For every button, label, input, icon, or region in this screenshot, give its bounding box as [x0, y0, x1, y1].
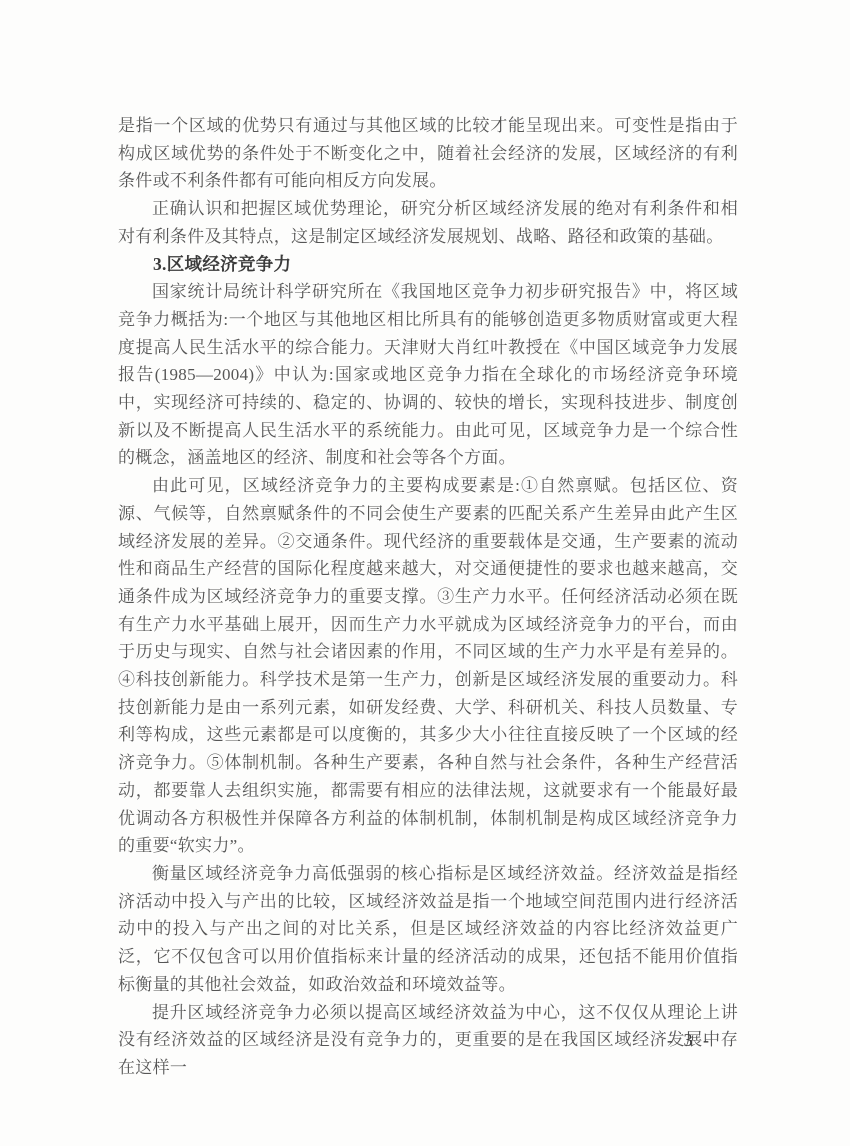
paragraph-advantage-theory: 正确认识和把握区域优势理论，研究分析区域经济发展的绝对有利条件和相对有利条件及其… [118, 195, 738, 250]
paragraph-competitiveness-elements: 由此可见，区域经济竞争力的主要构成要素是:①自然禀赋。包括区位、资源、气候等，自… [118, 472, 738, 860]
section-heading-regional-competitiveness: 3.区域经济竞争力 [118, 251, 738, 279]
page-text-block: 是指一个区域的优势只有通过与其他区域的比较才能呈现出来。可变性是指由于构成区域优… [118, 112, 738, 1082]
paragraph-region-advantage-continuation: 是指一个区域的优势只有通过与其他区域的比较才能呈现出来。可变性是指由于构成区域优… [118, 112, 738, 195]
paragraph-economic-benefit: 衡量区域经济竞争力高低强弱的核心指标是区域经济效益。经济效益是指经济活动中投入与… [118, 860, 738, 999]
page-number: - 3 - [118, 1030, 738, 1051]
paragraph-competitiveness-definition: 国家统计局统计科学研究所在《我国地区竞争力初步研究报告》中，将区域竞争力概括为:… [118, 278, 738, 472]
scanned-document-page: 是指一个区域的优势只有通过与其他区域的比较才能呈现出来。可变性是指由于构成区域优… [0, 0, 850, 1146]
